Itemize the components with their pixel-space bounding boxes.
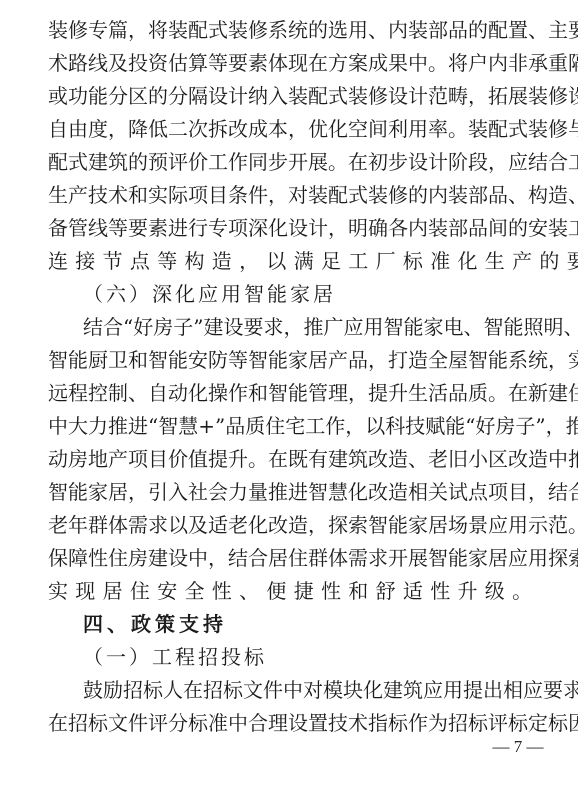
- subheading-bidding: （一）工程招投标: [83, 641, 267, 674]
- body-line-21: 鼓励招标人在招标文件中对模块化建筑应用提出相应要求，: [83, 674, 542, 707]
- body-line-13: 中大力推进“智慧+”品质住宅工作，以科技赋能“好房子”，推: [48, 410, 542, 443]
- body-line-22: 在招标文件评分标准中合理设置技术指标作为招标评标定标因: [48, 707, 542, 740]
- body-line-5: 配式建筑的预评价工作同步开展。在初步设计阶段，应结合工厂: [48, 146, 542, 179]
- body-line-11: 智能厨卫和智能安防等智能家居产品，打造全屋智能系统，实现: [48, 344, 542, 377]
- body-line-1: 装修专篇，将装配式装修系统的选用、内装部品的配置、主要技: [48, 14, 542, 47]
- body-line-18: 实现居住安全性、便捷性和舒适性升级。: [48, 575, 542, 608]
- section-heading-policy-support: 四、政策支持: [83, 608, 227, 641]
- body-line-3: 或功能分区的分隔设计纳入装配式装修设计范畴，拓展装修设计: [48, 80, 542, 113]
- body-line-8: 连接节点等构造，以满足工厂标准化生产的要求。: [48, 245, 542, 278]
- body-line-4: 自由度，降低二次拆改成本，优化空间利用率。装配式装修与装: [48, 113, 542, 146]
- body-line-15: 智能家居，引入社会力量推进智慧化改造相关试点项目，结合中: [48, 476, 542, 509]
- subheading-smart-home: （六）深化应用智能家居: [83, 278, 336, 311]
- body-line-17: 保障性住房建设中，结合居住群体需求开展智能家居应用探索，: [48, 542, 542, 575]
- body-line-7: 备管线等要素进行专项深化设计，明确各内装部品间的安装工艺、: [48, 212, 542, 245]
- body-line-14: 动房地产项目价值提升。在既有建筑改造、老旧小区改造中推广: [48, 443, 542, 476]
- body-line-12: 远程控制、自动化操作和智能管理，提升生活品质。在新建住宅: [48, 377, 542, 410]
- body-line-2: 术路线及投资估算等要素体现在方案成果中。将户内非承重隔墙: [48, 47, 542, 80]
- body-line-10: 结合“好房子”建设要求，推广应用智能家电、智能照明、: [83, 311, 542, 344]
- body-line-16: 老年群体需求以及适老化改造，探索智能家居场景应用示范。在: [48, 509, 542, 542]
- document-page: 装修专篇，将装配式装修系统的选用、内装部品的配置、主要技 术路线及投资估算等要素…: [0, 0, 578, 793]
- page-number: — 7 —: [488, 735, 548, 759]
- body-line-6: 生产技术和实际项目条件，对装配式装修的内装部品、构造、设: [48, 179, 542, 212]
